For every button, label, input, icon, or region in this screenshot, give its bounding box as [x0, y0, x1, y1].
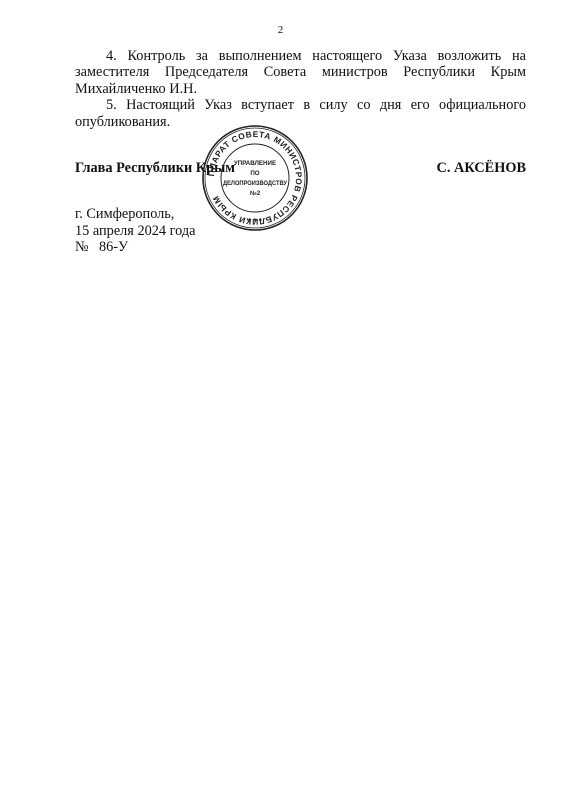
stamp-line-1: УПРАВЛЕНИЕ — [234, 160, 276, 167]
date: 15 апреля 2024 года — [75, 223, 196, 240]
paragraph-number: 4. — [106, 48, 117, 64]
stamp-seal-icon: АППАРАТ СОВЕТА МИНИСТРОВ РЕСПУБЛИКИ КРЫМ… — [200, 123, 310, 233]
number-sign: № — [75, 239, 99, 256]
stamp-line-3: ДЕЛОПРОИЗВОДСТВУ — [223, 180, 287, 187]
official-stamp: АППАРАТ СОВЕТА МИНИСТРОВ РЕСПУБЛИКИ КРЫМ… — [200, 123, 310, 233]
decree-body: 4. Контроль за выполнением настоящего Ук… — [75, 48, 526, 130]
place: г. Симферополь, — [75, 206, 196, 223]
signer-name: С. АКСЁНОВ — [437, 160, 526, 177]
paragraph-number: 5. — [106, 97, 117, 113]
stamp-line-4: №2 — [250, 190, 261, 197]
stamp-line-2: ПО — [250, 170, 259, 177]
number-value: 86-У — [99, 239, 128, 255]
place-date-block: г. Симферополь, 15 апреля 2024 года №86-… — [75, 206, 196, 256]
page-number: 2 — [0, 24, 561, 36]
stamp-bottom-marks: * * * — [248, 217, 263, 226]
document-number: №86-У — [75, 239, 196, 256]
paragraph-4: 4. Контроль за выполнением настоящего Ук… — [75, 48, 526, 97]
paragraph-text: Контроль за выполнением настоящего Указа… — [75, 48, 526, 97]
